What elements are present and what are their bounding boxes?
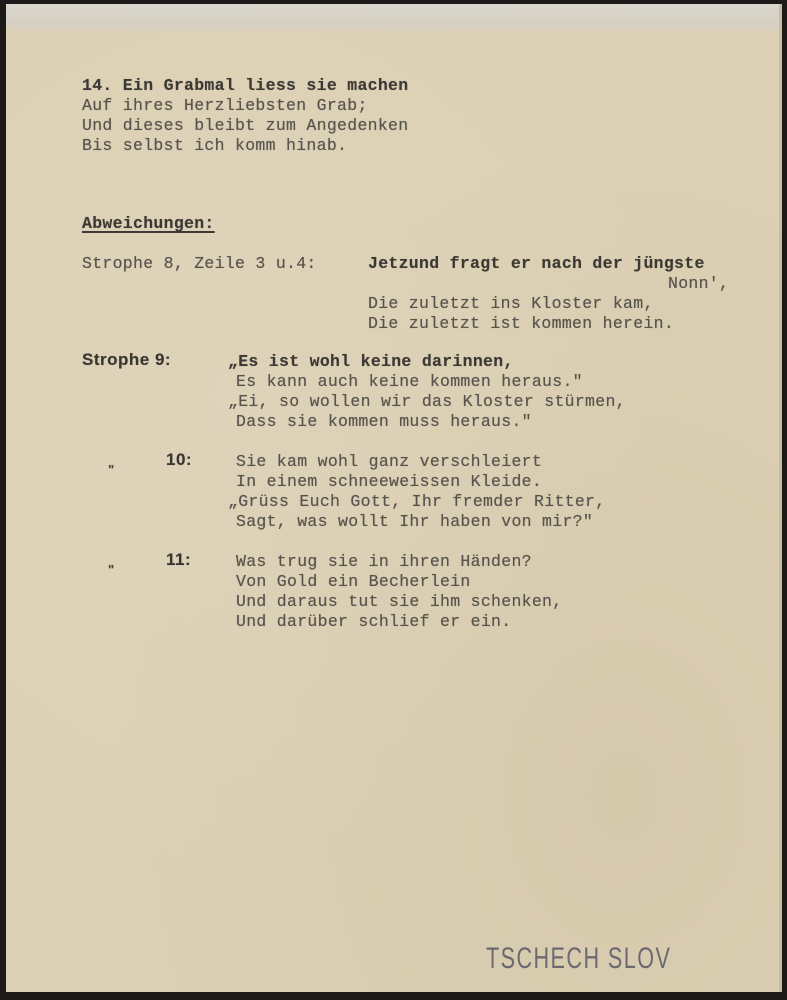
variant-line: „Ei, so wollen wir das Kloster stürmen, [228, 392, 626, 412]
variant-line: Sie kam wohl ganz verschleiert [236, 452, 542, 472]
variant-line: Nonn', [668, 274, 729, 294]
variant-label: 11: [166, 550, 191, 570]
stanza-14-line-2: Auf ihres Herzliebsten Grab; [82, 96, 368, 116]
abweichungen-heading: Abweichungen: [82, 214, 215, 234]
variant-line: Sagt, was wollt Ihr haben von mir?" [236, 512, 593, 532]
ditto-mark: " [108, 560, 114, 580]
variant-line: „Grüss Euch Gott, Ihr fremder Ritter, [228, 492, 605, 512]
stanza-14-line-4: Bis selbst ich komm hinab. [82, 136, 347, 156]
variant-line: „Es ist wohl keine darinnen, [228, 352, 514, 372]
variant-line: In einem schneeweissen Kleide. [236, 472, 542, 492]
variant-line: Und daraus tut sie ihm schenken, [236, 592, 562, 612]
variant-line: Von Gold ein Becherlein [236, 572, 471, 592]
variant-line: Dass sie kommen muss heraus." [236, 412, 532, 432]
ditto-mark: " [108, 460, 114, 480]
variant-label: 10: [166, 450, 192, 470]
variant-label: Strophe 9: [82, 350, 171, 370]
variant-line: Die zuletzt ist kommen herein. [368, 314, 674, 334]
variant-line: Was trug sie in ihren Händen? [236, 552, 532, 572]
variant-line: Die zuletzt ins Kloster kam, [368, 294, 654, 314]
page-top-edge [6, 4, 779, 34]
document-page: 14. Ein Grabmal liess sie machen Auf ihr… [6, 4, 782, 992]
variant-line: Es kann auch keine kommen heraus." [236, 372, 583, 392]
stanza-14-line-3: Und dieses bleibt zum Angedenken [82, 116, 408, 136]
archive-stamp: TSCHECH SLOV [486, 942, 671, 976]
variant-line: Und darüber schlief er ein. [236, 612, 511, 632]
stanza-14-line-1: 14. Ein Grabmal liess sie machen [82, 76, 408, 96]
variant-label: Strophe 8, Zeile 3 u.4: [82, 254, 317, 274]
variant-line: Jetzund fragt er nach der jüngste [368, 254, 705, 274]
